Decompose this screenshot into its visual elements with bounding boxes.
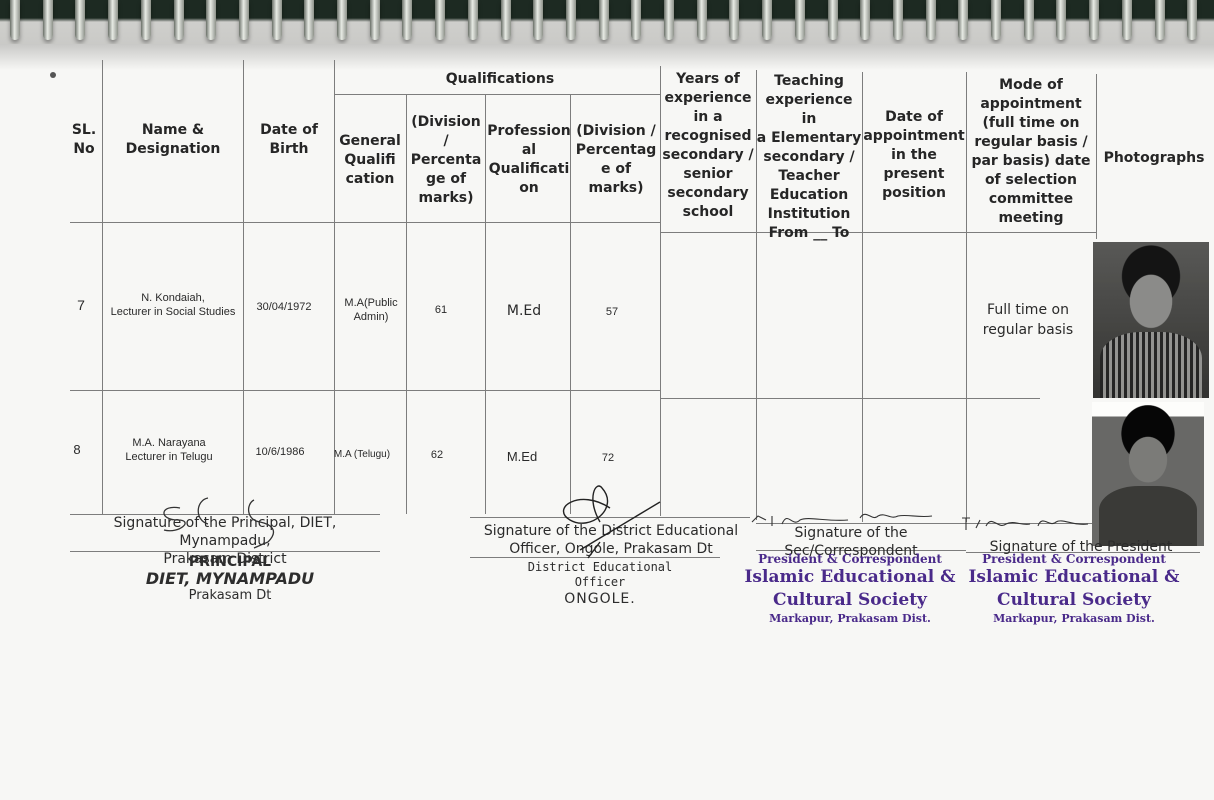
- binding-coil: [1056, 0, 1066, 40]
- deo-handwritten-signature: [540, 478, 670, 568]
- correspondent-stamp-title: President & Correspondent: [740, 552, 960, 566]
- cell-date-of-birth: 10/6/1986: [240, 440, 320, 464]
- binding-coil: [468, 0, 478, 40]
- binding-coil: [141, 0, 151, 40]
- binding-coil: [926, 0, 936, 40]
- correspondent-handwritten-signature: [748, 506, 948, 530]
- binding-coil: [370, 0, 380, 40]
- spiral-binding: [0, 0, 1214, 48]
- binding-coil: [43, 0, 53, 40]
- correspondent-stamp: President & Correspondent Islamic Educat…: [740, 552, 960, 626]
- header-name-designation: Name & Designation: [104, 110, 242, 170]
- ink-speck: [50, 72, 56, 78]
- binding-coil: [1089, 0, 1099, 40]
- binding-coil: [1187, 0, 1197, 40]
- binding-coil: [1155, 0, 1165, 40]
- binding-coil: [828, 0, 838, 40]
- binding-coil: [664, 0, 674, 40]
- photo-n-kondaiah: [1093, 242, 1209, 398]
- cell-professional-qualification: M.Ed: [482, 444, 562, 470]
- header-qualifications: Qualifications: [400, 66, 600, 92]
- president-handwritten-signature: [958, 510, 1098, 534]
- binding-coil: [402, 0, 412, 40]
- principal-handwritten-signature: [150, 490, 290, 560]
- header-sl-no: SL. No: [64, 110, 104, 170]
- principal-stamp: PRINCIPAL DIET, MYNAMPADU Prakasam Dt: [140, 554, 320, 604]
- president-stamp-title: President & Correspondent: [964, 552, 1184, 566]
- binding-coil: [566, 0, 576, 40]
- binding-coil: [762, 0, 772, 40]
- cell-sl-no: 8: [62, 438, 92, 462]
- binding-coil: [631, 0, 641, 40]
- binding-coil: [991, 0, 1001, 40]
- cell-date-of-birth: 30/04/1972: [244, 295, 324, 319]
- cell-general-qualification: M.A (Telugu): [326, 443, 398, 467]
- president-stamp: President & Correspondent Islamic Educat…: [964, 552, 1184, 626]
- header-date-of-appointment: Date of appointment in the present posit…: [862, 100, 966, 210]
- principal-stamp-institution: DIET, MYNAMPADU: [140, 570, 320, 588]
- binding-coil: [533, 0, 543, 40]
- cell-professional-qualification: M.Ed: [486, 298, 562, 324]
- cell-general-qualification: M.A(Public Admin): [334, 290, 408, 330]
- binding-coil: [697, 0, 707, 40]
- binding-coil: [174, 0, 184, 40]
- binding-coil: [860, 0, 870, 40]
- binding-coil: [893, 0, 903, 40]
- cell-division-percentage-1: 61: [406, 298, 476, 322]
- header-division-percentage-2: (Division / Percentag e of marks): [572, 100, 660, 220]
- header-years-of-experience: Years of experience in a recognised seco…: [660, 70, 756, 230]
- binding-coil: [239, 0, 249, 40]
- header-professional-qualification: Profession al Qualificati on: [486, 100, 572, 220]
- binding-coil: [272, 0, 282, 40]
- binding-coil: [1024, 0, 1034, 40]
- header-mode-of-appointment: Mode of appointment (full time on regula…: [966, 76, 1096, 236]
- header-division-percentage-1: (Division / Percenta ge of marks): [406, 100, 486, 220]
- binding-coil: [10, 0, 20, 40]
- header-photographs: Photographs: [1096, 140, 1212, 176]
- binding-coil: [795, 0, 805, 40]
- header-general-qualification: General Qualifi cation: [334, 100, 406, 220]
- president-stamp-society: Islamic Educational & Cultural Society: [964, 566, 1184, 612]
- binding-coil: [206, 0, 216, 40]
- binding-coil: [501, 0, 511, 40]
- cell-mode-of-appointment: Full time on regular basis: [966, 298, 1090, 342]
- cell-division-percentage-2: 72: [568, 446, 648, 470]
- cell-division-percentage-1: 62: [404, 443, 470, 467]
- correspondent-stamp-place: Markapur, Prakasam Dist.: [740, 612, 960, 626]
- header-date-of-birth: Date of Birth: [244, 110, 334, 170]
- binding-coil: [958, 0, 968, 40]
- president-stamp-place: Markapur, Prakasam Dist.: [964, 612, 1184, 626]
- header-teaching-experience: Teaching experience in a Elementary seco…: [756, 72, 862, 232]
- binding-coil: [108, 0, 118, 40]
- correspondent-stamp-society: Islamic Educational & Cultural Society: [740, 566, 960, 612]
- cell-sl-no: 7: [66, 290, 96, 320]
- binding-coil: [599, 0, 609, 40]
- photo-m-a-narayana: [1092, 402, 1204, 546]
- binding-coil: [435, 0, 445, 40]
- binding-coil: [729, 0, 739, 40]
- binding-coil: [304, 0, 314, 40]
- cell-name-designation: N. Kondaiah, Lecturer in Social Studies: [102, 285, 244, 325]
- cell-division-percentage-2: 57: [572, 300, 652, 324]
- principal-stamp-district: Prakasam Dt: [140, 588, 320, 604]
- binding-coil: [337, 0, 347, 40]
- deo-stamp-place: ONGOLE.: [500, 590, 700, 608]
- binding-coil: [75, 0, 85, 40]
- cell-name-designation: M.A. Narayana Lecturer in Telugu: [98, 432, 240, 468]
- binding-coil: [1122, 0, 1132, 40]
